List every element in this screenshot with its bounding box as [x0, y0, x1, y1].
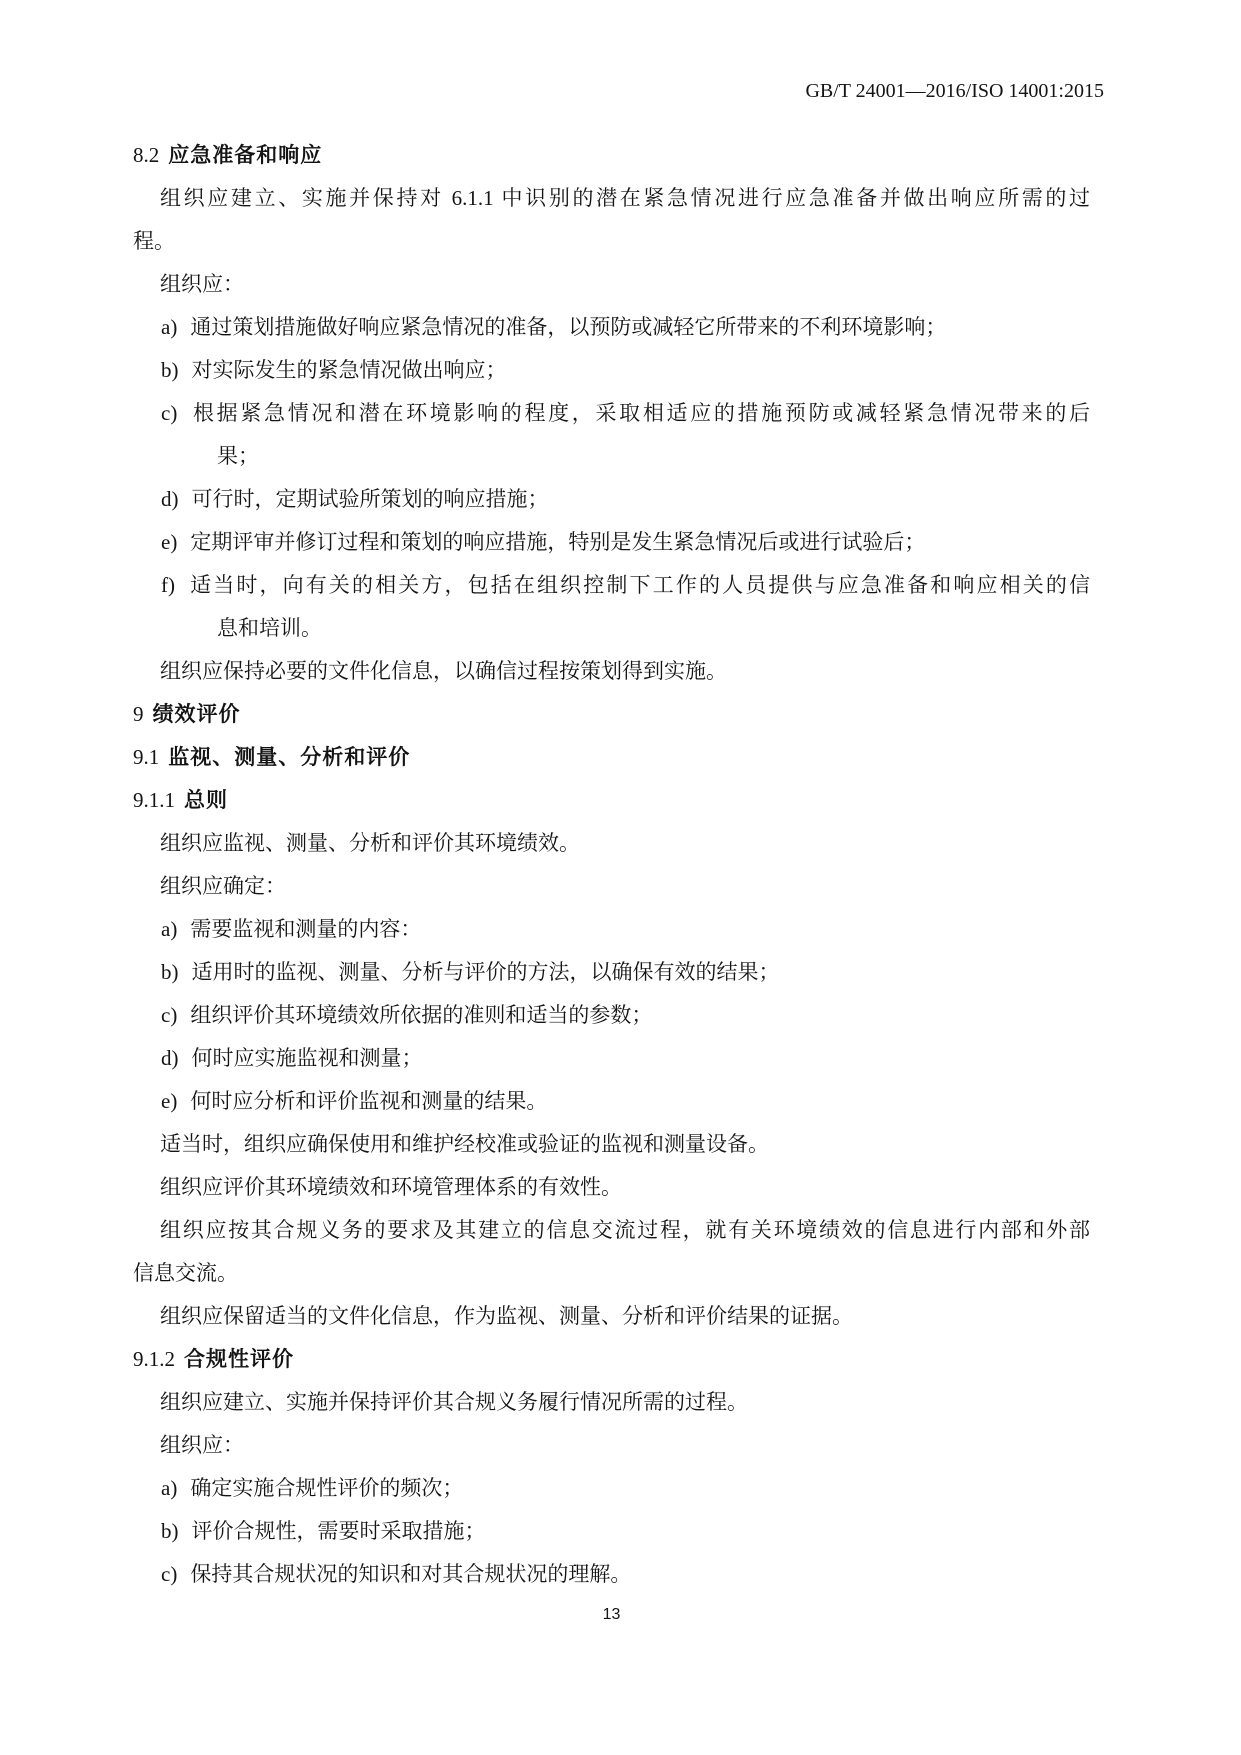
- clause-number: 8.2: [133, 143, 159, 167]
- clause-heading: 9.1监视、测量、分析和评价: [133, 736, 1090, 779]
- list-item-text: 适用时的监视、测量、分析与评价的方法，以确保有效的结果；: [192, 960, 780, 984]
- list-item-line: d)何时应实施监视和测量；: [133, 1037, 1090, 1080]
- paragraph-line: 组织应建立、实施并保持对 6.1.1 中识别的潜在紧急情况进行应急准备并做出响应…: [133, 177, 1090, 220]
- clause-title: 绩效评价: [153, 703, 241, 726]
- paragraph-line: 组织应：: [133, 263, 1090, 306]
- clause-heading: 9绩效评价: [133, 693, 1090, 736]
- list-item-line: f)适当时，向有关的相关方，包括在组织控制下工作的人员提供与应急准备和响应相关的…: [133, 564, 1090, 607]
- list-item-line: a)需要监视和测量的内容：: [133, 908, 1090, 951]
- list-item-label: c): [161, 1562, 177, 1586]
- clause-number: 9.1.1: [133, 788, 175, 812]
- document-body: 8.2应急准备和响应组织应建立、实施并保持对 6.1.1 中识别的潜在紧急情况进…: [133, 134, 1090, 1596]
- page-number: 13: [133, 1603, 1090, 1627]
- list-item-label: f): [161, 573, 175, 597]
- list-item-text: 评价合规性，需要时采取措施；: [192, 1519, 486, 1543]
- document-page: GB/T 24001—2016/ISO 14001:2015 8.2应急准备和响…: [0, 0, 1241, 1755]
- paragraph-line: 适当时，组织应确保使用和维护经校准或验证的监视和测量设备。: [133, 1123, 1090, 1166]
- paragraph-line: 程。: [133, 220, 1090, 263]
- list-item-label: e): [161, 530, 177, 554]
- list-item-line: e)何时应分析和评价监视和测量的结果。: [133, 1080, 1090, 1123]
- list-item-line: c)保持其合规状况的知识和对其合规状况的理解。: [133, 1553, 1090, 1596]
- list-item-label: b): [161, 358, 179, 382]
- list-item-line: b)对实际发生的紧急情况做出响应；: [133, 349, 1090, 392]
- list-item-text: 何时应实施监视和测量；: [192, 1046, 423, 1070]
- list-item-line: e)定期评审并修订过程和策划的响应措施，特别是发生紧急情况后或进行试验后；: [133, 521, 1090, 564]
- list-item-label: c): [161, 1003, 177, 1027]
- list-item-line: d)可行时，定期试验所策划的响应措施；: [133, 478, 1090, 521]
- clause-number: 9: [133, 702, 144, 726]
- list-item-label: b): [161, 960, 179, 984]
- list-item-label: d): [161, 487, 179, 511]
- clause-title: 总则: [184, 789, 228, 812]
- list-item-label: d): [161, 1046, 179, 1070]
- list-item-line: 息和培训。: [133, 607, 1090, 650]
- clause-title: 合规性评价: [184, 1348, 294, 1371]
- list-item-label: a): [161, 917, 177, 941]
- list-item-line: a)确定实施合规性评价的频次；: [133, 1467, 1090, 1510]
- paragraph-line: 组织应监视、测量、分析和评价其环境绩效。: [133, 822, 1090, 865]
- list-item-text: 定期评审并修订过程和策划的响应措施，特别是发生紧急情况后或进行试验后；: [190, 530, 925, 554]
- clause-title: 应急准备和响应: [168, 144, 322, 167]
- clause-heading: 8.2应急准备和响应: [133, 134, 1090, 177]
- list-item-label: a): [161, 315, 177, 339]
- list-item-text: 组织评价其环境绩效所依据的准则和适当的参数；: [190, 1003, 652, 1027]
- list-item-label: c): [161, 401, 177, 425]
- list-item-label: b): [161, 1519, 179, 1543]
- list-item-text: 可行时，定期试验所策划的响应措施；: [192, 487, 549, 511]
- list-item-text: 确定实施合规性评价的频次；: [190, 1476, 463, 1500]
- list-item-line: b)评价合规性，需要时采取措施；: [133, 1510, 1090, 1553]
- list-item-text: 需要监视和测量的内容：: [190, 917, 421, 941]
- paragraph-line: 组织应保留适当的文件化信息，作为监视、测量、分析和评价结果的证据。: [133, 1295, 1090, 1338]
- clause-number: 9.1.2: [133, 1347, 175, 1371]
- list-item-text: 适当时，向有关的相关方，包括在组织控制下工作的人员提供与应急准备和响应相关的信: [188, 573, 1090, 597]
- list-item-text: 对实际发生的紧急情况做出响应；: [192, 358, 507, 382]
- paragraph-line: 组织应按其合规义务的要求及其建立的信息交流过程，就有关环境绩效的信息进行内部和外…: [133, 1209, 1090, 1252]
- standard-code-header: GB/T 24001—2016/ISO 14001:2015: [805, 80, 1104, 103]
- clause-title: 监视、测量、分析和评价: [168, 746, 410, 769]
- list-item-text: 何时应分析和评价监视和测量的结果。: [190, 1089, 547, 1113]
- clause-heading: 9.1.1总则: [133, 779, 1090, 822]
- paragraph-line: 组织应：: [133, 1424, 1090, 1467]
- list-item-text: 保持其合规状况的知识和对其合规状况的理解。: [190, 1562, 631, 1586]
- clause-number: 9.1: [133, 745, 159, 769]
- list-item-line: b)适用时的监视、测量、分析与评价的方法，以确保有效的结果；: [133, 951, 1090, 994]
- list-item-text: 根据紧急情况和潜在环境影响的程度，采取相适应的措施预防或减轻紧急情况带来的后: [190, 401, 1090, 425]
- paragraph-line: 信息交流。: [133, 1252, 1090, 1295]
- list-item-label: a): [161, 1476, 177, 1500]
- list-item-line: c)根据紧急情况和潜在环境影响的程度，采取相适应的措施预防或减轻紧急情况带来的后: [133, 392, 1090, 435]
- list-item-line: 果；: [133, 435, 1090, 478]
- paragraph-line: 组织应保持必要的文件化信息，以确信过程按策划得到实施。: [133, 650, 1090, 693]
- list-item-label: e): [161, 1089, 177, 1113]
- clause-heading: 9.1.2合规性评价: [133, 1338, 1090, 1381]
- paragraph-line: 组织应评价其环境绩效和环境管理体系的有效性。: [133, 1166, 1090, 1209]
- list-item-text: 通过策划措施做好响应紧急情况的准备，以预防或减轻它所带来的不利环境影响；: [190, 315, 946, 339]
- paragraph-line: 组织应建立、实施并保持评价其合规义务履行情况所需的过程。: [133, 1381, 1090, 1424]
- list-item-line: c)组织评价其环境绩效所依据的准则和适当的参数；: [133, 994, 1090, 1037]
- paragraph-line: 组织应确定：: [133, 865, 1090, 908]
- list-item-line: a)通过策划措施做好响应紧急情况的准备，以预防或减轻它所带来的不利环境影响；: [133, 306, 1090, 349]
